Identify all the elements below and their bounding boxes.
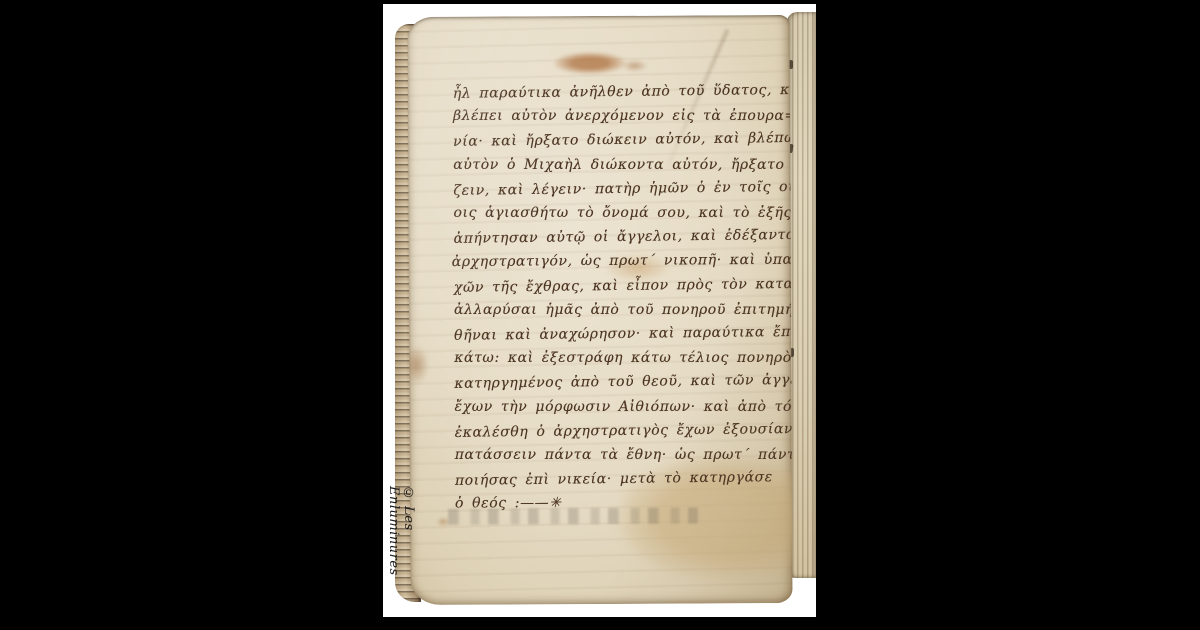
manuscript-line: ἀλλαρύσαι ἡμᾶς ἀπὸ τοῦ πονηροῦ ἐπιτημή=	[454, 298, 793, 322]
manuscript-photo: ἦλ παραύτικα ἀνῆλθεν ἀπὸ τοῦ ὕδατος, καὶ…	[383, 4, 816, 617]
paper-stain	[620, 457, 793, 578]
manuscript-line: ἔχων τὴν μόρφωσιν Αἰθιόπων· καὶ ἀπὸ τότε	[455, 394, 793, 418]
manuscript-line: ἀπήντησαν αὐτῷ οἱ ἄγγελοι, καὶ ἐδέξαντο …	[453, 223, 792, 251]
manuscript-line: κάτω: καὶ ἐξεστράφη κάτω τέλιος πονηρὸς	[454, 346, 792, 370]
manuscript-line: θῆναι καὶ ἀναχώρησον· καὶ παραύτικα ἔπεσ…	[454, 320, 793, 348]
manuscript-page: ἦλ παραύτικα ἀνῆλθεν ἀπὸ τοῦ ὕδατος, καὶ…	[407, 15, 792, 605]
manuscript-line: ἦλ παραύτικα ἀνῆλθεν ἀπὸ τοῦ ὕδατος, καὶ	[453, 78, 793, 106]
paper-crease	[666, 29, 729, 168]
manuscript-line: οις ἁγιασθήτω τὸ ὄνομά σου, καὶ τὸ ἑξῆς·…	[453, 201, 792, 225]
manuscript-line: ποιήσας ἐπὶ νικεία· μετὰ τὸ κατηργάσε	[455, 465, 793, 493]
copyright-watermark: © Les Enluminures	[386, 486, 416, 617]
manuscript-text-block: ἦλ παραύτικα ἀνῆλθεν ἀπὸ τοῦ ὕδατος, καὶ…	[453, 79, 793, 516]
paper-stain	[407, 345, 429, 385]
paper-stain	[605, 254, 671, 282]
manuscript-line: βλέπει αὐτὸν ἀνερχόμενον εἰς τὰ ἐπουρα=	[453, 104, 793, 128]
manuscript-line: ζειν, καὶ λέγειν· πατὴρ ἡμῶν ὁ ἐν τοῖς ο…	[453, 175, 792, 203]
manuscript-line: ἐκαλέσθη ὁ ἀρχηστρατιγὸς ἔχων ἐξουσίαν	[455, 417, 793, 445]
manuscript-line: ὁ θεός :——✳	[455, 491, 793, 516]
manuscript-line: αὐτὸν ὁ Μιχαὴλ διώκοντα αὐτόν, ἤρξατο κρ…	[453, 152, 792, 176]
manuscript-line: ἀρχηστρατιγόν, ὡς πρωτ΄ νικοπῆ· καὶ ὑπαρ…	[452, 248, 793, 275]
paper-stain	[554, 52, 626, 74]
ink-showthrough	[448, 507, 698, 524]
paper-stain	[436, 517, 450, 527]
manuscript-line: κατηργημένος ἀπὸ τοῦ θεοῦ, καὶ τῶν ἀγγέλ…	[454, 368, 792, 396]
manuscript-line: χῶν τῆς ἔχθρας, καὶ εἶπον πρὸς τὸν καταρ…	[454, 272, 793, 300]
paper-stain	[622, 60, 648, 72]
manuscript-line: νία· καὶ ἤρξατο διώκειν αὐτόν, καὶ βλέπω…	[453, 126, 793, 154]
manuscript-line: πατάσσειν πάντα τὰ ἔθνη· ὡς πρωτ΄ πάντα	[455, 443, 793, 467]
black-background: ἦλ παραύτικα ἀνῆλθεν ἀπὸ τοῦ ὕδατος, καὶ…	[0, 0, 1200, 630]
